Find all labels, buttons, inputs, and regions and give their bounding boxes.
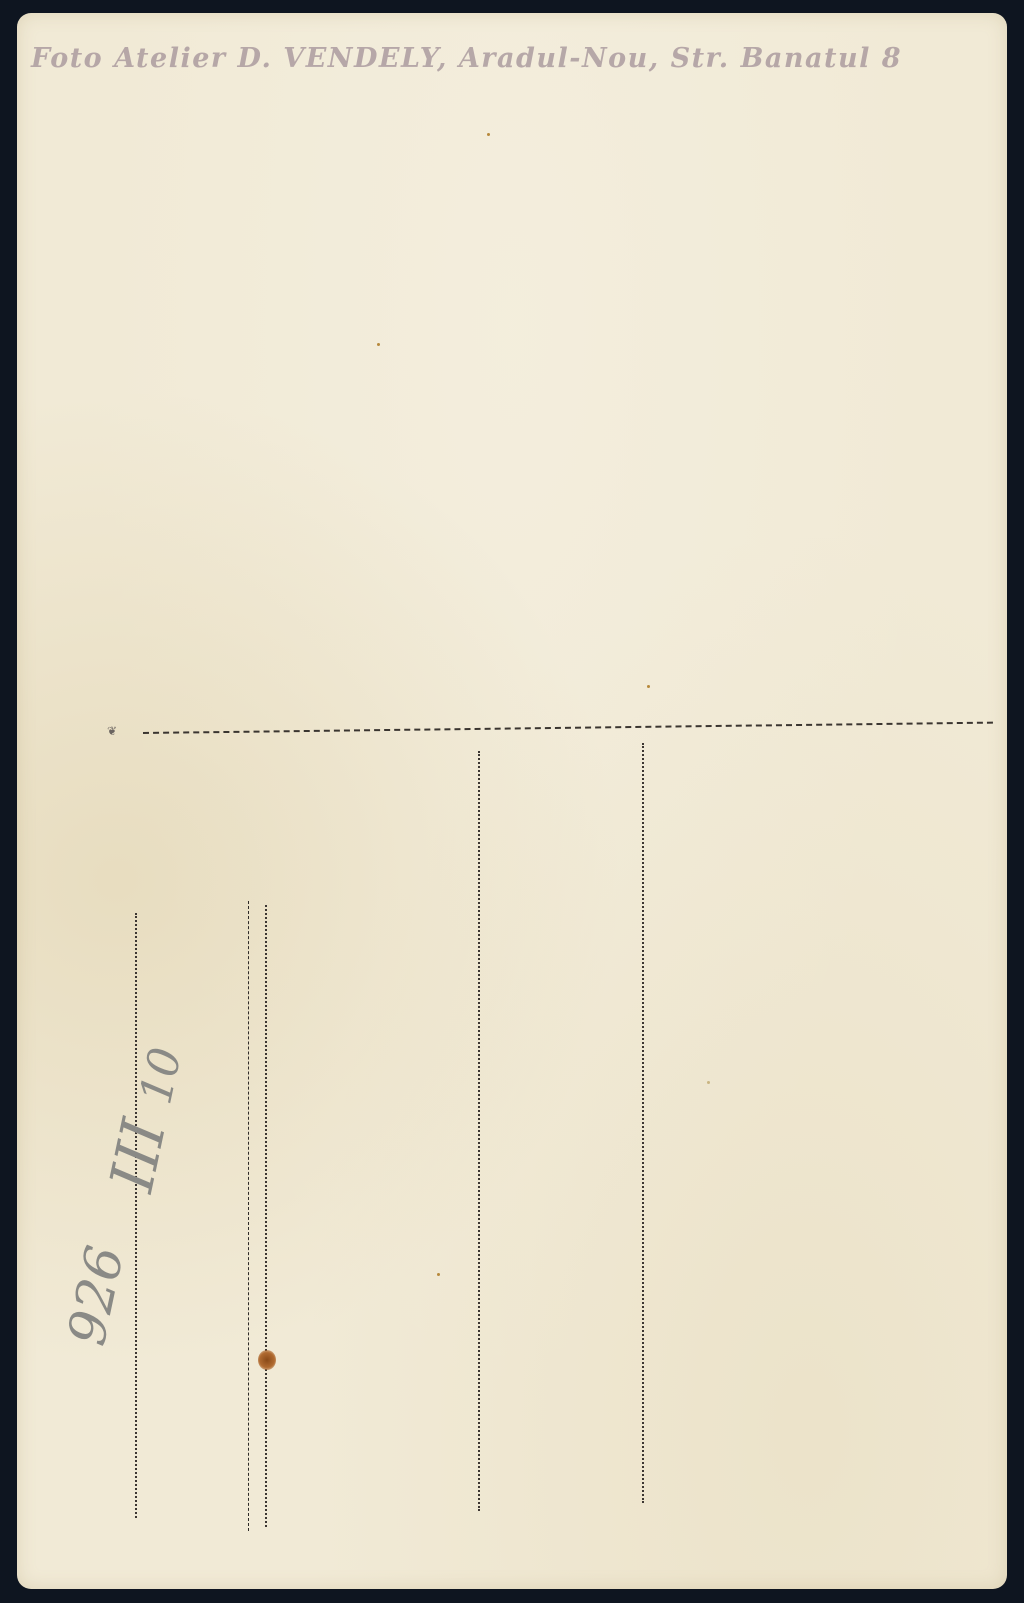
horizontal-divider-line — [143, 722, 993, 734]
pencil-year: 926 — [57, 1241, 136, 1351]
address-line-1 — [135, 913, 137, 1518]
foxing-speck — [707, 1081, 710, 1084]
pencil-month: III — [97, 1113, 180, 1197]
foxing-speck — [647, 685, 650, 688]
postcard-back: Foto Atelier D. VENDELY, Aradul-Nou, Str… — [17, 13, 1007, 1589]
foxing-speck — [487, 133, 490, 136]
address-line-2 — [248, 901, 249, 1531]
address-line-4 — [478, 751, 480, 1511]
address-line-3 — [265, 905, 267, 1527]
pencil-day: 10 — [130, 1043, 192, 1108]
foxing-speck — [377, 343, 380, 346]
foxing-speck — [437, 1273, 440, 1276]
rust-spot — [258, 1350, 276, 1370]
address-line-5 — [642, 743, 644, 1503]
pencil-inscription-day-month: III 10 — [97, 1040, 196, 1198]
photographer-stamp: Foto Atelier D. VENDELY, Aradul-Nou, Str… — [31, 43, 1021, 74]
pencil-inscription-year: 926 — [57, 1241, 136, 1351]
line-ornament-icon: ❦ — [107, 727, 125, 735]
